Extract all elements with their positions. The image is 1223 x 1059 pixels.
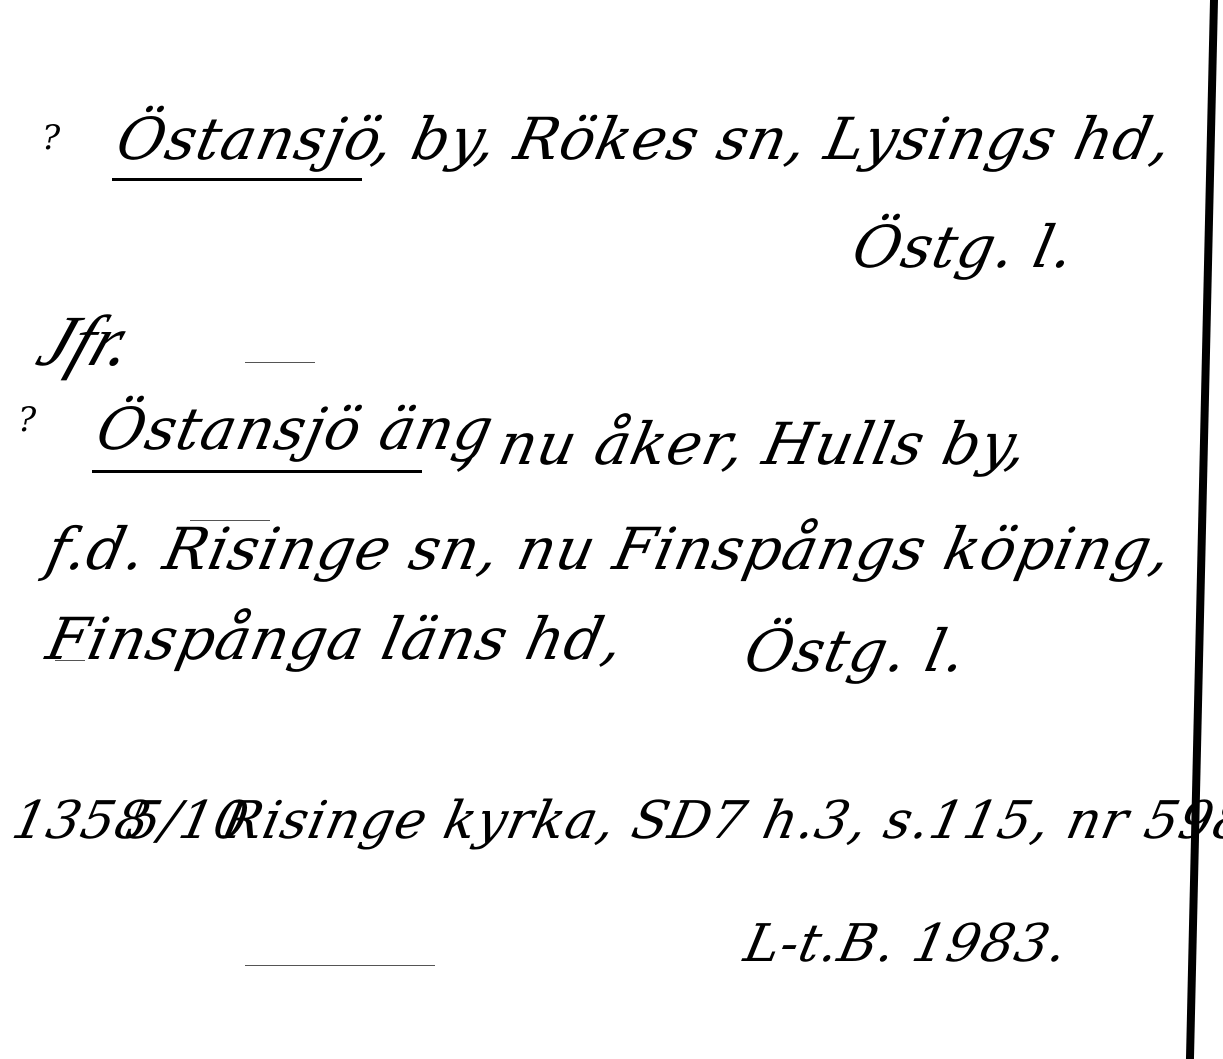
uncertainty-marker: ?: [18, 400, 36, 440]
cross-reference-details-line-3: Finspånga läns hd,: [42, 610, 629, 668]
scan-speck: [55, 660, 85, 661]
cross-reference-details-line-1: , nu åker, Hulls by,: [455, 415, 1034, 473]
cross-reference-name: Östansjö äng: [92, 400, 499, 458]
source-reference: Risinge kyrka, SD7 h.3, s.115, nr 5989.: [218, 795, 1223, 847]
scan-speck: [190, 520, 270, 521]
card-edge-border: [1186, 0, 1218, 1059]
uncertainty-marker: ?: [42, 118, 60, 158]
entry-county: Östg. l.: [848, 218, 1080, 276]
cross-reference-details-line-2: f.d. Risinge sn, nu Finspångs köping,: [42, 520, 1177, 578]
scan-speck: [245, 965, 435, 966]
cross-reference-county: Östg. l.: [740, 622, 972, 680]
entry-name: Östansjö: [112, 110, 388, 168]
archive-card: ? Östansjö , by, Rökes sn, Lysings hd, Ö…: [0, 0, 1223, 1059]
signature: L-t.B. 1983.: [740, 918, 1073, 970]
cross-reference-underline: [92, 470, 422, 473]
cross-reference-label: Jfr.: [27, 300, 147, 383]
scan-speck: [245, 362, 315, 363]
entry-details-line-1: , by, Rökes sn, Lysings hd,: [368, 110, 1178, 168]
entry-name-underline: [112, 178, 362, 181]
